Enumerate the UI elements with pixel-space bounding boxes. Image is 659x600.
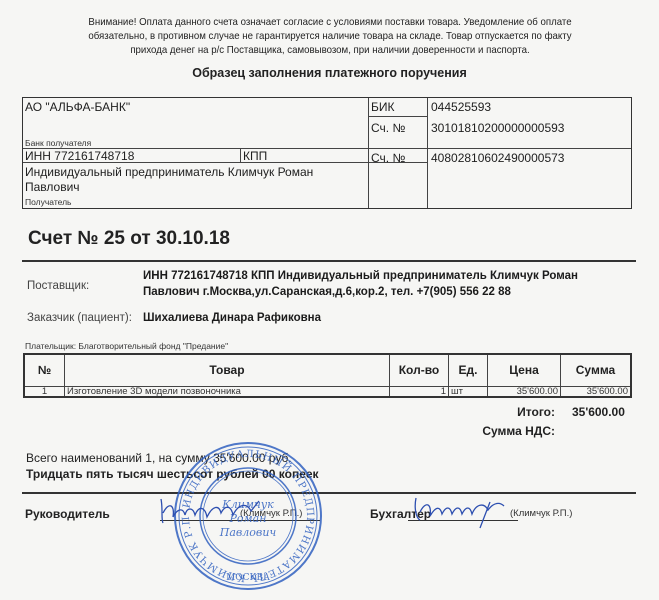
stamp-center-line2: Роман [229,512,267,525]
stamp-center-line3: Павлович [219,526,277,539]
divider [368,116,427,117]
accountant-signature-line [408,520,518,521]
recipient-label: Получатель [25,197,71,207]
summary-rule [22,492,636,494]
supplier-line-1: ИНН 772161748718 КПП Индивидуальный пред… [143,270,578,282]
customer-label: Заказчик (пациент): [27,312,132,324]
payment-sample-title: Образец заполнения платежного поручения [0,66,659,80]
customer-value: Шихалиева Динара Рафиковна [143,312,321,324]
bank-details-box: АО "АЛЬФА-БАНК" Банк получателя ИНН 7721… [22,97,632,209]
col-header-price: Цена [488,363,560,377]
total-label: Итого: [440,405,555,419]
director-label: Руководитель [25,507,110,521]
col-header-unit: Ед. [449,363,487,377]
payment-notice: Внимание! Оплата данного счета означает … [63,15,597,57]
title-rule [22,260,636,262]
row-price: 35'600.00 [488,386,558,397]
col-header-num: № [25,363,64,377]
corr-account-value: 30101810200000000593 [431,121,564,135]
row-qty: 1 [390,386,446,397]
stamp-seal-icon: ИНДИВИДУАЛЬНЫЙ ПРЕДПРИНИМАТЕЛЬ КЛИМЧУК Р… [172,440,324,592]
notice-line-3: прихода денег на р/с Поставщика, самовыв… [63,43,597,57]
bik-value: 044525593 [431,100,491,114]
row-unit: шт [451,386,463,397]
col-header-qty: Кол-во [390,363,448,377]
items-table: № Товар Кол-во Ед. Цена Сумма 1 Изготовл… [23,353,632,398]
bank-label: Банк получателя [25,138,91,148]
bik-label: БИК [371,100,395,114]
bank-name: АО "АЛЬФА-БАНК" [25,100,130,114]
row-num: 1 [25,386,64,397]
payer: Плательщик: Благотворительный фонд "Пред… [25,341,228,351]
supplier-label: Поставщик: [27,280,89,292]
supplier-line-2: Павлович г.Москва,ул.Саранская,д.6,кор.2… [143,286,511,298]
kpp-label: КПП [243,149,267,163]
notice-line-2: обязательно, в противном случае не гаран… [63,29,597,43]
recipient-name-line2: Павлович [25,180,80,194]
vat-label: Сумма НДС: [440,424,555,438]
recipient-inn: ИНН 772161748718 [25,149,134,163]
divider [368,148,631,149]
account-value: 40802810602490000573 [431,151,564,165]
invoice-title: Счет № 25 от 30.10.18 [28,228,230,250]
notice-line-1: Внимание! Оплата данного счета означает … [63,15,597,29]
company-stamp: ИНДИВИДУАЛЬНЫЙ ПРЕДПРИНИМАТЕЛЬ КЛИМЧУК Р… [172,440,324,592]
col-header-item: Товар [65,363,389,377]
stamp-center-line1: Климчук [221,498,274,511]
accountant-name: (Климчук Р.П.) [510,508,572,519]
stamp-city: МОСКВА [226,573,270,583]
accountant-label: Бухгалтер [370,507,431,521]
row-item: Изготовление 3D модели позвоночника [67,386,241,397]
divider [427,98,428,208]
divider [240,148,241,162]
col-header-sum: Сумма [561,363,630,377]
recipient-name-line1: Индивидуальный предприниматель Климчук Р… [25,165,313,179]
account-label: Сч. № [371,151,405,165]
corr-account-label: Сч. № [371,121,405,135]
total-value: 35'600.00 [572,405,625,419]
row-sum: 35'600.00 [561,386,628,397]
divider [368,98,369,208]
